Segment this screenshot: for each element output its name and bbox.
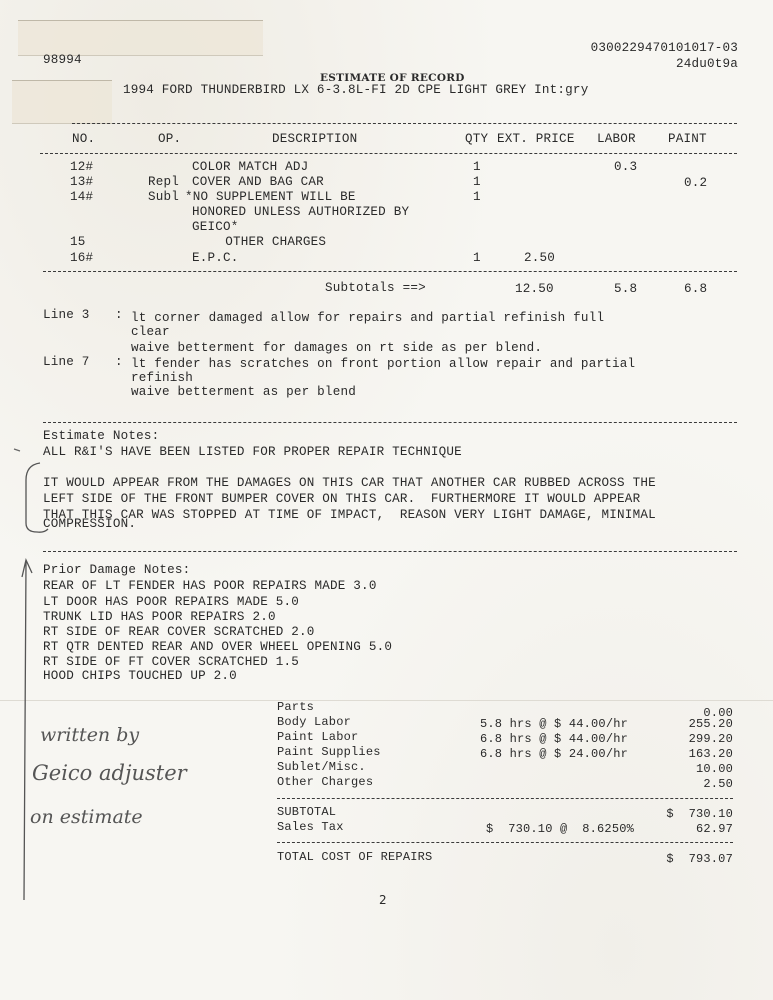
estimate-page: 98994 0300229470101017-03 24du0t9a ESTIM… [0, 0, 773, 1000]
handwritten-bracket-icon [0, 0, 773, 1000]
